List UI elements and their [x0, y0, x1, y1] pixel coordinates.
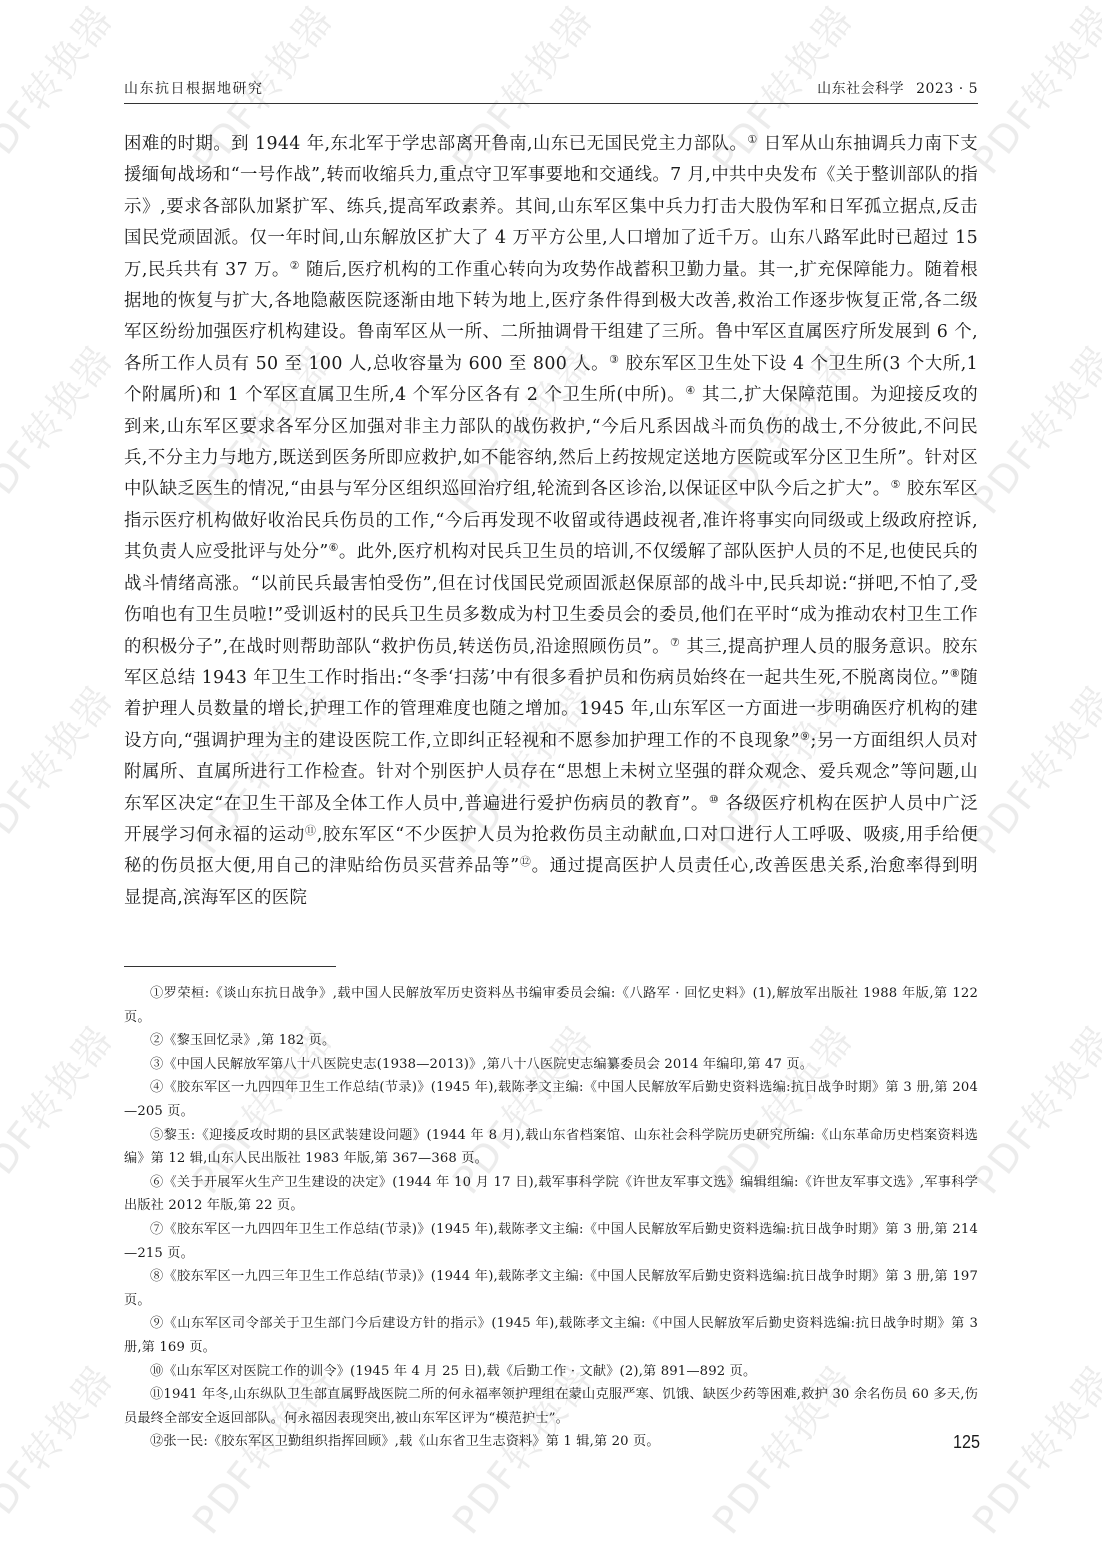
journal-info: 山东社会科学2023 · 5: [805, 78, 978, 98]
footnote-11: ⑪1941 年冬,山东纵队卫生部直属野战医院二所的何永福率领护理组在蒙山克服严寒…: [124, 1383, 978, 1430]
text-run: 困难的时期。到 1944 年,东北军于学忠部离开鲁南,山东已无国民党主力部队。: [124, 134, 747, 154]
footnote-8: ⑧《胶东军区一九四三年卫生工作总结(节录)》(1944 年),载陈孝文主编:《中…: [124, 1265, 978, 1312]
text-run: 日军从山东抽调兵力南下支援缅甸战场和“一号作战”,转而收缩兵力,重点守卫军事要地…: [124, 134, 978, 280]
footnote-divider: [124, 966, 336, 967]
footnotes: ①罗荣桓:《谈山东抗日战争》,载中国人民解放军历史资料丛书编审委员会编:《八路军…: [124, 982, 978, 1454]
footnote-ref[interactable]: ⑨: [800, 730, 811, 743]
footnote-3: ③《中国人民解放军第八十八医院史志(1938—2013)》,第八十八医院史志编纂…: [124, 1053, 978, 1077]
journal-name: 山东社会科学: [817, 81, 904, 97]
footnote-ref[interactable]: ⑥: [329, 541, 339, 554]
footnote-10: ⑩《山东军区对医院工作的训令》(1945 年 4 月 25 日),载《后勤工作 …: [124, 1360, 978, 1384]
footnote-12: ⑫张一民:《胶东军区卫勤组织指挥回顾》,载《山东省卫生志资料》第 1 辑,第 2…: [124, 1430, 978, 1454]
watermark: PDF转换器: [957, 1012, 1102, 1204]
watermark: PDF转换器: [957, 672, 1102, 864]
body-paragraph: 困难的时期。到 1944 年,东北军于学忠部离开鲁南,山东已无国民党主力部队。①…: [124, 129, 978, 914]
footnote-ref[interactable]: ①: [747, 133, 757, 146]
watermark: PDF转换器: [0, 1012, 123, 1204]
footnote-4: ④《胶东军区一九四四年卫生工作总结(节录)》(1945 年),载陈孝文主编:《中…: [124, 1076, 978, 1123]
footnote-ref[interactable]: ⑧: [950, 667, 961, 680]
watermark: PDF转换器: [0, 1352, 123, 1544]
page-number: 125: [944, 1432, 980, 1453]
footnote-2: ②《黎玉回忆录》,第 182 页。: [124, 1029, 978, 1053]
watermark: PDF转换器: [0, 0, 123, 183]
section-title: 山东抗日根据地研究: [124, 78, 264, 98]
watermark: PDF转换器: [957, 332, 1102, 524]
footnote-ref[interactable]: ④: [685, 384, 695, 397]
body-text: 困难的时期。到 1944 年,东北军于学忠部离开鲁南,山东已无国民党主力部队。①…: [124, 129, 978, 914]
running-header: 山东抗日根据地研究 山东社会科学2023 · 5: [124, 78, 978, 104]
watermark: PDF转换器: [0, 332, 123, 524]
watermark: PDF转换器: [0, 672, 123, 864]
footnote-9: ⑨《山东军区司令部关于卫生部门今后建设方针的指示》(1945 年),载陈孝文主编…: [124, 1312, 978, 1359]
footnote-1: ①罗荣桓:《谈山东抗日战争》,载中国人民解放军历史资料丛书编审委员会编:《八路军…: [124, 982, 978, 1029]
footnote-ref[interactable]: ⑩: [709, 793, 720, 806]
footnote-6: ⑥《关于开展军火生产卫生建设的决定》(1944 年 10 月 17 日),载军事…: [124, 1171, 978, 1218]
footnote-7: ⑦《胶东军区一九四四年卫生工作总结(节录)》(1945 年),载陈孝文主编:《中…: [124, 1218, 978, 1265]
footnote-ref[interactable]: ⑤: [891, 478, 901, 491]
footnote-5: ⑤黎玉:《迎接反攻时期的县区武装建设问题》(1944 年 8 月),载山东省档案…: [124, 1124, 978, 1171]
footnote-ref[interactable]: ③: [609, 353, 619, 366]
footnote-ref[interactable]: ⑦: [670, 636, 680, 649]
footnote-ref[interactable]: ⑫: [520, 855, 532, 868]
footnote-ref[interactable]: ⑪: [305, 824, 317, 837]
issue-number: 2023 · 5: [916, 81, 978, 97]
watermark: PDF转换器: [957, 0, 1102, 183]
footnote-ref[interactable]: ②: [290, 259, 300, 272]
